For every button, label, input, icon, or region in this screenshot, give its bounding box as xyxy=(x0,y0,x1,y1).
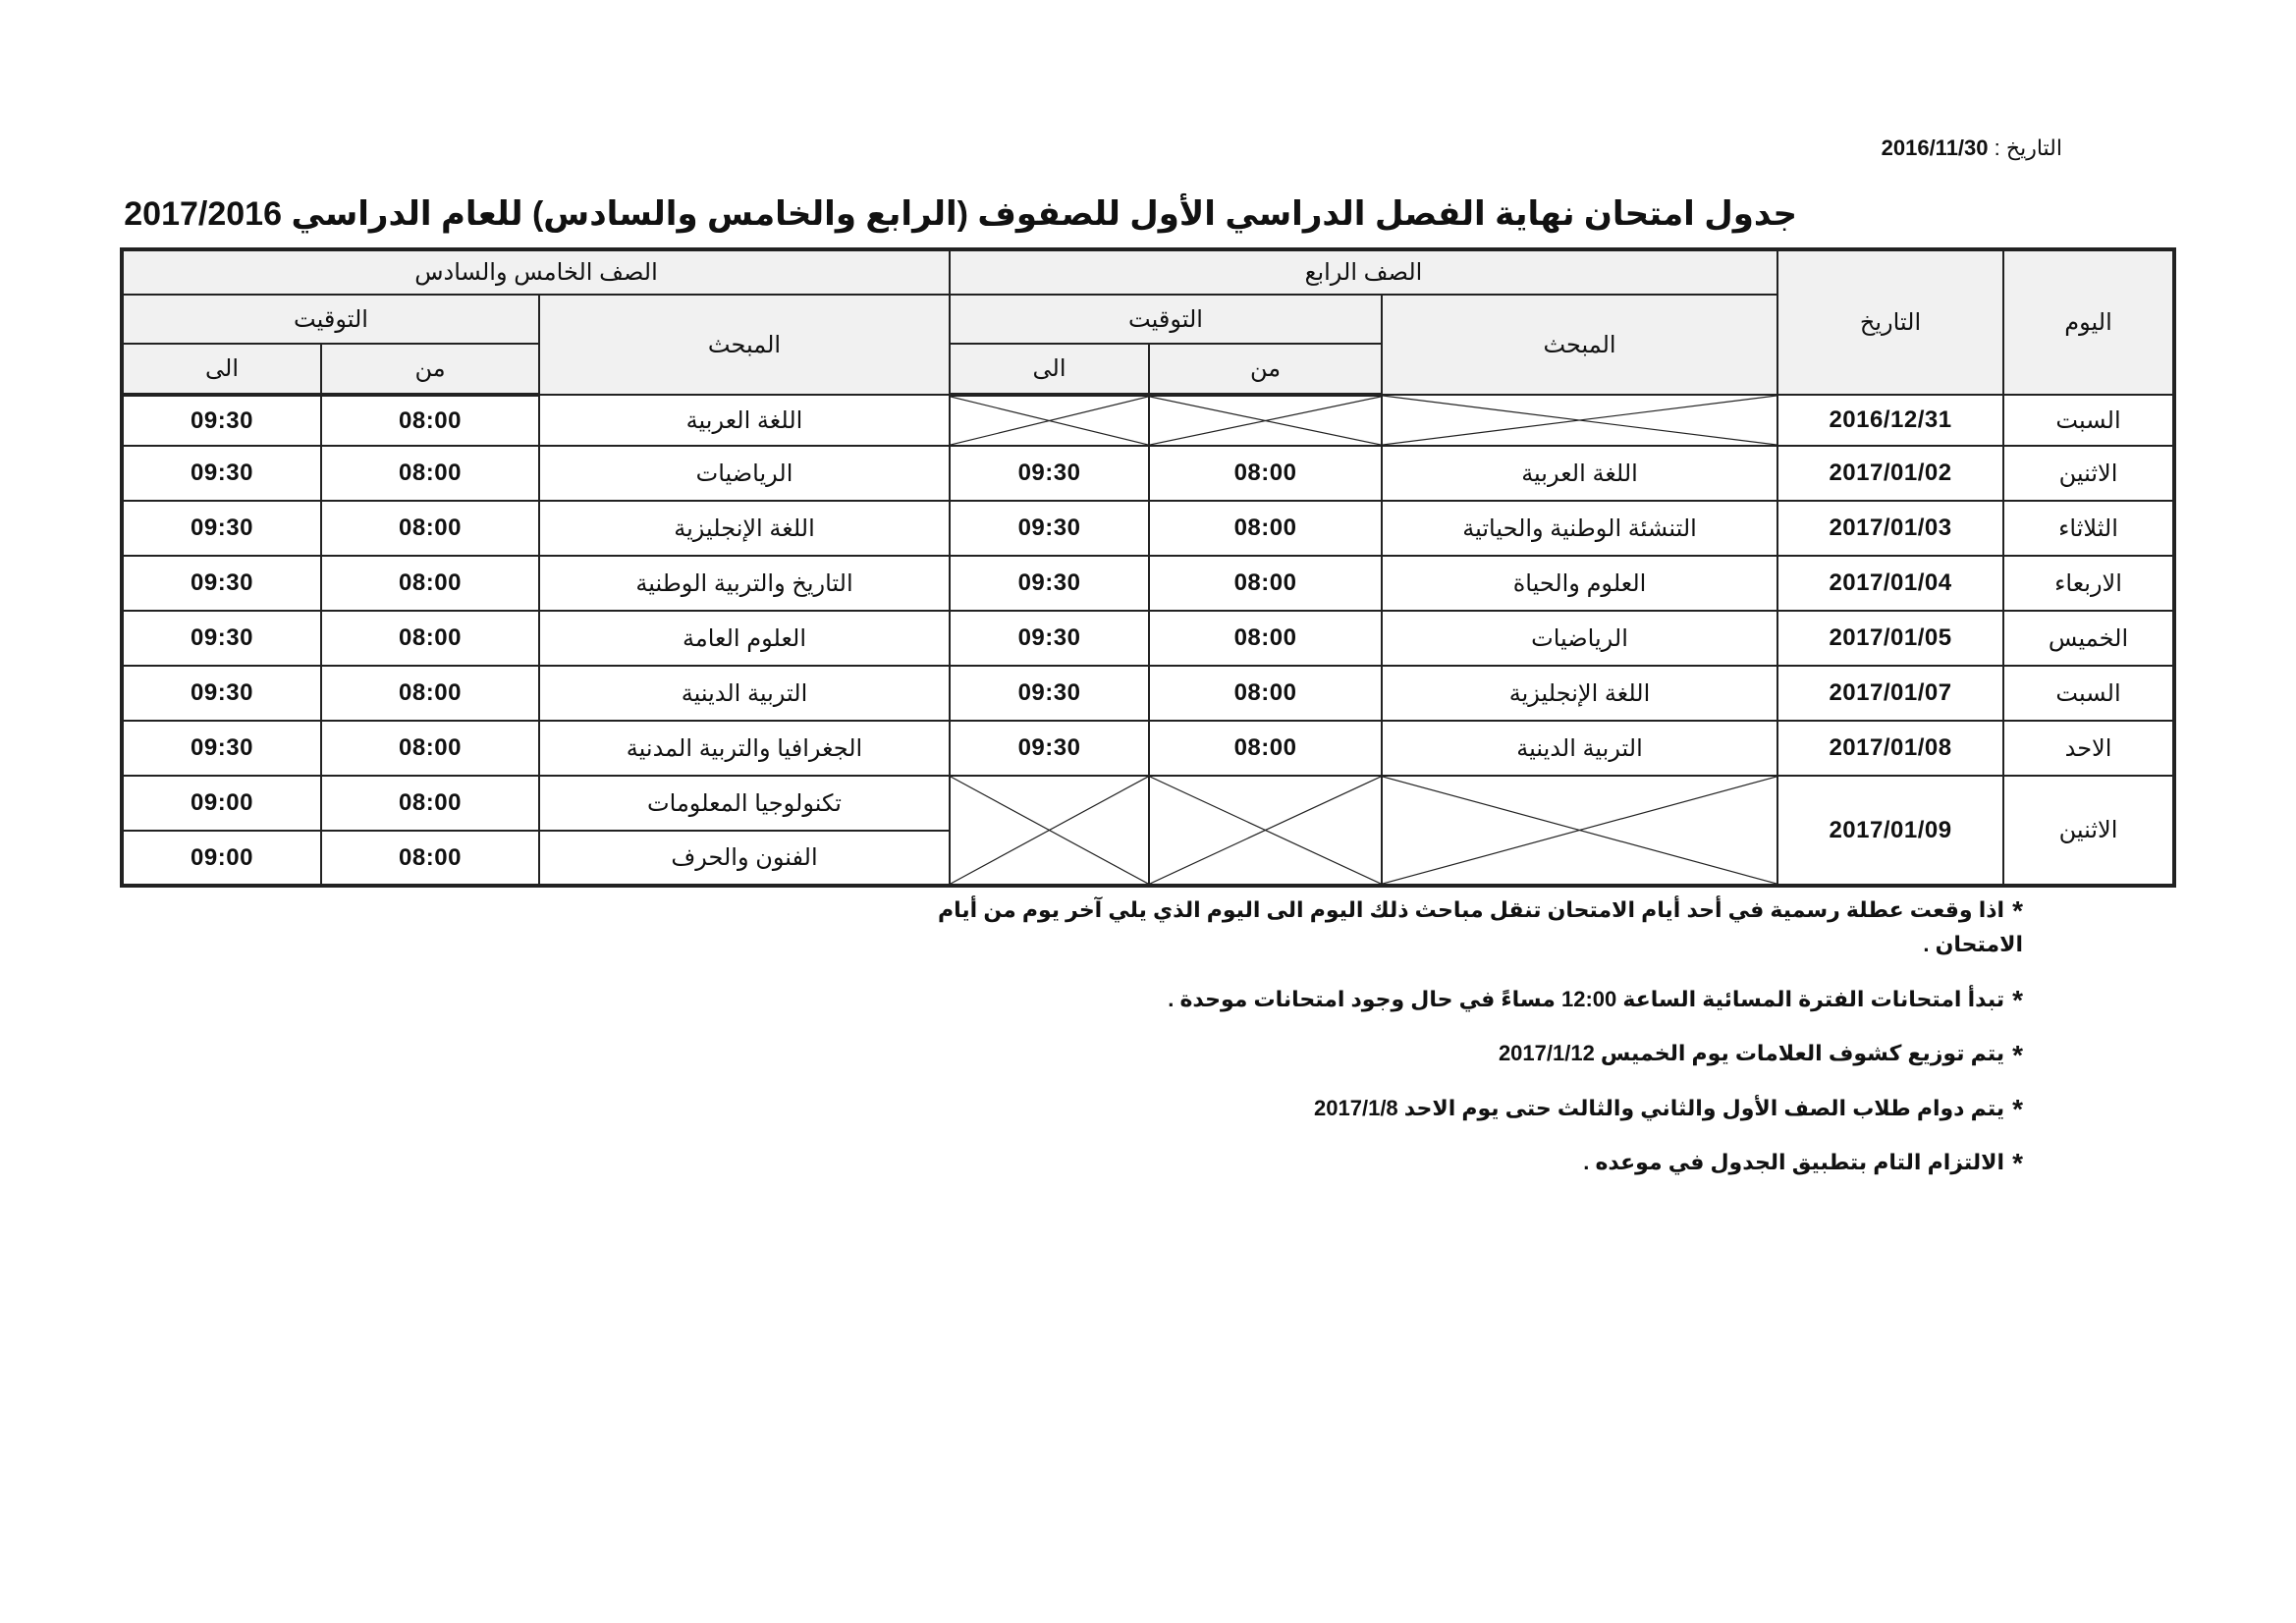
cell-date: 2017/01/09 xyxy=(1777,776,2003,886)
cell-g56-to: 09:30 xyxy=(122,556,321,611)
table-row: الاثنين 2017/01/02 اللغة العربية 08:00 0… xyxy=(122,446,2174,501)
cross-out-icon xyxy=(1150,777,1381,884)
cell-day: الاثنين xyxy=(2003,446,2174,501)
cell-date: 2017/01/03 xyxy=(1777,501,2003,556)
asterisk-icon: * xyxy=(2012,985,2023,1015)
cell-g4-to: 09:30 xyxy=(950,666,1149,721)
cell-g56-from: 08:00 xyxy=(321,556,539,611)
cell-date: 2017/01/05 xyxy=(1777,611,2003,666)
cell-day: الاثنين xyxy=(2003,776,2174,886)
cell-g4-to: 09:30 xyxy=(950,446,1149,501)
cell-g56-subject: التاريخ والتربية الوطنية xyxy=(539,556,950,611)
header-g56-from: من xyxy=(321,344,539,395)
asterisk-icon: * xyxy=(2012,1040,2023,1070)
table-row: الثلاثاء 2017/01/03 التنشئة الوطنية والح… xyxy=(122,501,2174,556)
header-day: اليوم xyxy=(2003,249,2174,395)
cell-date: 2016/12/31 xyxy=(1777,395,2003,446)
empty-cell-crossed xyxy=(950,395,1149,446)
cell-day: الثلاثاء xyxy=(2003,501,2174,556)
header-date: التاريخ xyxy=(1777,249,2003,395)
cell-g4-subject: اللغة العربية xyxy=(1382,446,1777,501)
note-item: *تبدأ امتحانات الفترة المسائية الساعة 12… xyxy=(884,985,2023,1015)
cell-g4-to: 09:30 xyxy=(950,611,1149,666)
cell-g56-from: 08:00 xyxy=(321,721,539,776)
note-text: تبدأ امتحانات الفترة المسائية الساعة 12:… xyxy=(1168,987,2004,1011)
cell-g56-subject: اللغة العربية xyxy=(539,395,950,446)
cell-g56-to: 09:00 xyxy=(122,831,321,886)
table-row: الخميس 2017/01/05 الرياضيات 08:00 09:30 … xyxy=(122,611,2174,666)
table-row: السبت 2016/12/31 اللغة العربية 08:00 09:… xyxy=(122,395,2174,446)
cell-day: الاربعاء xyxy=(2003,556,2174,611)
cell-date: 2017/01/04 xyxy=(1777,556,2003,611)
note-item: *اذا وقعت عطلة رسمية في أحد أيام الامتحا… xyxy=(884,893,2023,961)
cell-g4-subject: العلوم والحياة xyxy=(1382,556,1777,611)
empty-cell-crossed xyxy=(1149,776,1382,886)
asterisk-icon: * xyxy=(2012,1148,2023,1178)
cell-g56-subject: اللغة الإنجليزية xyxy=(539,501,950,556)
cell-g56-from: 08:00 xyxy=(321,501,539,556)
cell-g56-from: 08:00 xyxy=(321,831,539,886)
cell-g56-subject: العلوم العامة xyxy=(539,611,950,666)
table-row: الاثنين 2017/01/09 تكنولوجيا المعلومات 0… xyxy=(122,776,2174,831)
cell-g4-from: 08:00 xyxy=(1149,666,1382,721)
date-label: التاريخ : xyxy=(1995,135,2062,160)
cell-g4-from: 08:00 xyxy=(1149,501,1382,556)
cell-g4-from: 08:00 xyxy=(1149,611,1382,666)
cell-g56-to: 09:30 xyxy=(122,446,321,501)
cell-g56-to: 09:30 xyxy=(122,666,321,721)
table-row: السبت 2017/01/07 اللغة الإنجليزية 08:00 … xyxy=(122,666,2174,721)
note-item: *الالتزام التام بتطبيق الجدول في موعده . xyxy=(884,1148,2023,1178)
cell-g56-to: 09:30 xyxy=(122,395,321,446)
cell-g56-to: 09:30 xyxy=(122,501,321,556)
cell-date: 2017/01/07 xyxy=(1777,666,2003,721)
empty-cell-crossed xyxy=(1382,776,1777,886)
page-title: جدول امتحان نهاية الفصل الدراسي الأول لل… xyxy=(491,194,1797,234)
note-item: *يتم توزيع كشوف العلامات يوم الخميس 2017… xyxy=(884,1039,2023,1069)
header-g4-timing: التوقيت xyxy=(950,295,1382,344)
header-grade4: الصف الرابع xyxy=(950,249,1777,295)
note-item: *يتم دوام طلاب الصف الأول والثاني والثال… xyxy=(884,1094,2023,1124)
cell-day: السبت xyxy=(2003,666,2174,721)
cross-out-icon xyxy=(1383,777,1777,884)
cross-out-icon xyxy=(1383,396,1777,445)
note-text: يتم توزيع كشوف العلامات يوم الخميس 2017/… xyxy=(1499,1041,2004,1065)
cell-g56-subject: الفنون والحرف xyxy=(539,831,950,886)
header-g56-to: الى xyxy=(122,344,321,395)
header-g4-to: الى xyxy=(950,344,1149,395)
exam-schedule-table: اليوم التاريخ الصف الرابع الصف الخامس وا… xyxy=(120,247,2176,888)
header-g56-subject: المبحث xyxy=(539,295,950,395)
cross-out-icon xyxy=(951,777,1148,884)
cell-g56-subject: الرياضيات xyxy=(539,446,950,501)
cell-g4-from: 08:00 xyxy=(1149,556,1382,611)
header-g4-subject: المبحث xyxy=(1382,295,1777,395)
date-value: 2016/11/30 xyxy=(1882,135,1989,160)
document-date: التاريخ : 2016/11/30 xyxy=(1827,135,2062,161)
cell-g56-to: 09:00 xyxy=(122,776,321,831)
cell-g56-to: 09:30 xyxy=(122,611,321,666)
cell-g4-from: 08:00 xyxy=(1149,721,1382,776)
cell-date: 2017/01/08 xyxy=(1777,721,2003,776)
cell-g4-subject: التربية الدينية xyxy=(1382,721,1777,776)
note-text: اذا وقعت عطلة رسمية في أحد أيام الامتحان… xyxy=(938,897,2023,956)
empty-cell-crossed xyxy=(950,776,1149,886)
cell-day: الخميس xyxy=(2003,611,2174,666)
cell-g56-subject: التربية الدينية xyxy=(539,666,950,721)
cell-g4-subject: اللغة الإنجليزية xyxy=(1382,666,1777,721)
cell-g4-to: 09:30 xyxy=(950,556,1149,611)
cell-g56-subject: تكنولوجيا المعلومات xyxy=(539,776,950,831)
cell-g4-to: 09:30 xyxy=(950,721,1149,776)
cross-out-icon xyxy=(951,397,1148,445)
note-text: الالتزام التام بتطبيق الجدول في موعده . xyxy=(1583,1150,2004,1174)
header-g56-timing: التوقيت xyxy=(122,295,539,344)
table-row: الاحد 2017/01/08 التربية الدينية 08:00 0… xyxy=(122,721,2174,776)
asterisk-icon: * xyxy=(2012,1094,2023,1124)
cell-g56-to: 09:30 xyxy=(122,721,321,776)
cell-g56-from: 08:00 xyxy=(321,666,539,721)
cell-g4-from: 08:00 xyxy=(1149,446,1382,501)
cell-g4-subject: التنشئة الوطنية والحياتية xyxy=(1382,501,1777,556)
cell-date: 2017/01/02 xyxy=(1777,446,2003,501)
note-text: يتم دوام طلاب الصف الأول والثاني والثالث… xyxy=(1314,1096,2004,1120)
cell-g56-from: 08:00 xyxy=(321,446,539,501)
cross-out-icon xyxy=(1150,397,1381,445)
asterisk-icon: * xyxy=(2012,895,2023,926)
header-g4-from: من xyxy=(1149,344,1382,395)
cell-g4-subject: الرياضيات xyxy=(1382,611,1777,666)
empty-cell-crossed xyxy=(1149,395,1382,446)
cell-g56-from: 08:00 xyxy=(321,395,539,446)
cell-g56-subject: الجغرافيا والتربية المدنية xyxy=(539,721,950,776)
table-row: الاربعاء 2017/01/04 العلوم والحياة 08:00… xyxy=(122,556,2174,611)
cell-day: الاحد xyxy=(2003,721,2174,776)
cell-g56-from: 08:00 xyxy=(321,611,539,666)
header-grade56: الصف الخامس والسادس xyxy=(122,249,950,295)
empty-cell-crossed xyxy=(1382,395,1777,446)
notes-list: *اذا وقعت عطلة رسمية في أحد أيام الامتحا… xyxy=(884,893,2023,1202)
cell-g56-from: 08:00 xyxy=(321,776,539,831)
cell-day: السبت xyxy=(2003,395,2174,446)
cell-g4-to: 09:30 xyxy=(950,501,1149,556)
